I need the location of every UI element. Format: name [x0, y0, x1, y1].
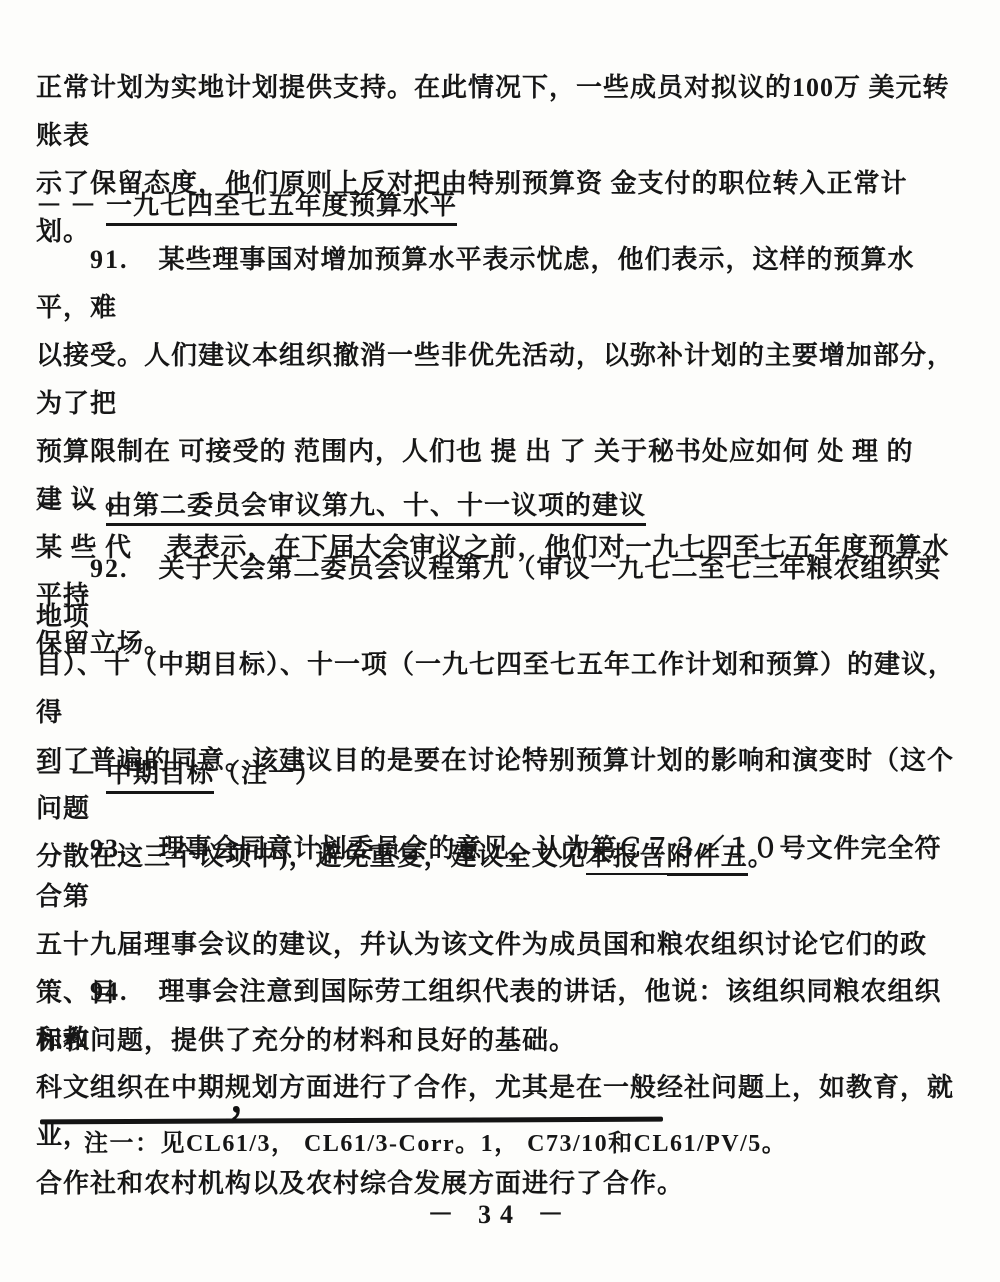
paragraph-number: 92.	[90, 545, 129, 593]
footnote-text: 注一：见CL61/3， CL61/3-Corr。1， C73/10和CL61/P…	[84, 1127, 964, 1161]
document-page: 正常计划为实地计划提供支持。在此情况下，一些成员对拟议的100万 美元转账表 示…	[0, 0, 1000, 1282]
paragraph-text: 某些理事国对增加预算水平表示忧虑，他们表示，这样的预算水平，难	[36, 245, 915, 322]
paragraph-line: 正常计划为实地计划提供支持。在此情况下，一些成员对拟议的100万 美元转账表	[36, 64, 960, 160]
heading-dashes: －－	[36, 191, 104, 220]
paragraph-line: 92.关于大会第二委员会议程第九（审议一九七二至七三年粮农组织实地项	[36, 545, 960, 641]
paragraph-line: 91.某些理事国对增加预算水平表示忧虑，他们表示，这样的预算水平，难	[36, 236, 960, 332]
paragraph-94: 94.理事会注意到国际劳工组织代表的讲话，他说：该组织同粮农组织和教 科文组织在…	[36, 968, 960, 1208]
stray-ink-mark: ，	[230, 1066, 270, 1123]
paragraph-text: 关于大会第二委员会议程第九（审议一九七二至七三年粮农组织实地项	[36, 554, 942, 631]
paragraph-text: 理事会同意计划委员会的意见，认为第Ｃ７３／１０号文件完全符合第	[36, 834, 942, 911]
heading-underlined-title: 一九七四至七五年度预算水平	[106, 191, 457, 226]
paragraph-number: 94.	[90, 968, 129, 1016]
heading-underlined-title: 中期目标	[106, 759, 214, 794]
paragraph-line: 目）、十（中期目标）、十一项（一九七四至七五年工作计划和预算）的建议，得	[36, 641, 960, 737]
section-heading-budget-level: －－一九七四至七五年度预算水平	[36, 182, 960, 230]
paragraph-text: 理事会注意到国际劳工组织代表的讲话，他说：该组织同粮农组织和教	[36, 977, 942, 1054]
paragraph-line: 94.理事会注意到国际劳工组织代表的讲话，他说：该组织同粮农组织和教	[36, 968, 960, 1064]
heading-underlined-title: 由第二委员会审议第九、十、十一议项的建议	[106, 491, 646, 526]
heading-dashes: －－	[36, 491, 104, 520]
page-number: － 34 －	[0, 1194, 1000, 1231]
paragraph-number: 93.	[90, 825, 129, 873]
paragraph-line: 93.理事会同意计划委员会的意见，认为第Ｃ７３／１０号文件完全符合第	[36, 825, 960, 921]
section-heading-committee-items: －－由第二委员会审议第九、十、十一议项的建议	[36, 482, 960, 530]
heading-dashes: －－	[36, 759, 104, 788]
paragraph-line: 以接受。人们建议本组织撤消一些非优先活动，以弥补计划的主要增加部分，为了把	[36, 332, 960, 428]
heading-note-suffix: （注一）	[214, 759, 322, 788]
paragraph-number: 91.	[90, 236, 129, 284]
section-heading-midterm-objectives: －－中期目标（注一）	[36, 750, 960, 798]
